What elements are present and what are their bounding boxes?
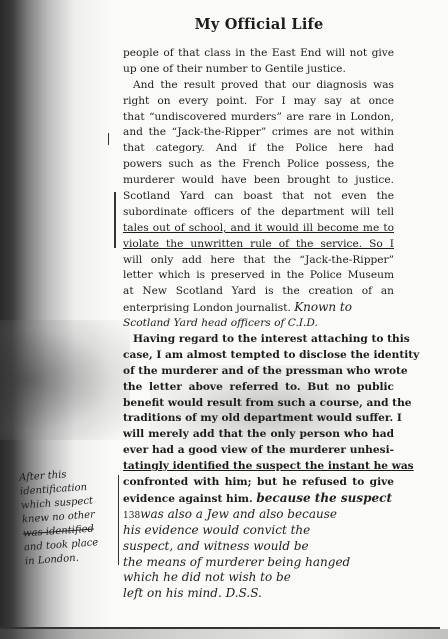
text-line: And the result proved that our diagnosis… [123, 78, 394, 94]
handwritten-line: the means of murderer being hanged [123, 555, 394, 571]
text-line: murderer would have been brought to just… [123, 173, 394, 189]
underlined-text-line: tatingly identified the suspect the inst… [123, 459, 394, 475]
text-line: people of that class in the East End wil… [123, 46, 394, 62]
text-line: traditions of my old department would su… [123, 411, 394, 427]
handwritten-line: his evidence would convict the [123, 523, 394, 539]
page-body: people of that class in the East End wil… [123, 46, 394, 602]
text-line-with-annotation: enterprising London journalist. Known to [123, 300, 394, 316]
handwritten-annotation-with-page-number: 138was also a Jew and also because [123, 507, 394, 523]
text-line: letter which is preserved in the Police … [123, 268, 394, 284]
scan-bottom-strip [0, 629, 448, 639]
text-line: that “undiscovered murders” are rare in … [123, 110, 394, 126]
text-line: at New Scotland Yard is the creation of … [123, 284, 394, 300]
page-number: 138 [123, 511, 140, 521]
text-line: confronted with him; but he refused to g… [123, 475, 394, 491]
text-line: and the “Jack-the-Ripper” crimes are not… [123, 125, 394, 141]
text-line: right on every point. For I may say at o… [123, 94, 394, 110]
text-segment: evidence against him. [123, 493, 253, 505]
text-line: Scotland Yard can boast that not even th… [123, 189, 394, 205]
handwritten-margin-note: After this identification which suspect … [19, 465, 126, 570]
text-line: subordinate officers of the department w… [123, 205, 394, 221]
handwritten-signature-line: left on his mind. D.S.S. [123, 586, 394, 602]
scan-blotch [0, 320, 130, 440]
page-title: My Official Life [0, 16, 448, 33]
margin-bracket-scotland-yard [114, 192, 116, 248]
text-line-with-annotation: evidence against him. because the suspec… [123, 491, 394, 507]
handwritten-annotation: Scotland Yard head officers of C.I.D. [123, 316, 394, 332]
handwritten-annotation: because the suspect [256, 491, 392, 505]
handwritten-annotation: Known to [294, 300, 352, 314]
text-line: up one of their number to Gentile justic… [123, 62, 394, 78]
text-line: ever had a good view of the murderer unh… [123, 443, 394, 459]
text-line: benefit would result from such a course,… [123, 396, 394, 412]
text-line: the letter above referred to. But no pub… [123, 380, 394, 396]
text-line: will only add here that the “Jack-the-Ri… [123, 253, 394, 269]
text-line: that category. And if the Police here ha… [123, 141, 394, 157]
text-line: will merely add that the only person who… [123, 427, 394, 443]
text-line: of the murderer and of the pressman who … [123, 364, 394, 380]
text-segment: enterprising London journalist. [123, 302, 291, 314]
text-line: Having regard to the interest attaching … [123, 332, 394, 348]
handwritten-line: was also a Jew and also because [140, 507, 337, 521]
margin-tick [108, 133, 109, 145]
handwritten-line: suspect, and witness would be [123, 539, 394, 555]
handwritten-line: which he did not wish to be [123, 570, 394, 586]
text-line: powers such as the French Police possess… [123, 157, 394, 173]
underlined-text-line: tales out of school, and it would ill be… [123, 221, 394, 237]
underlined-text-line: violate the unwritten rule of the servic… [123, 237, 394, 253]
text-line: case, I am almost tempted to disclose th… [123, 348, 394, 364]
